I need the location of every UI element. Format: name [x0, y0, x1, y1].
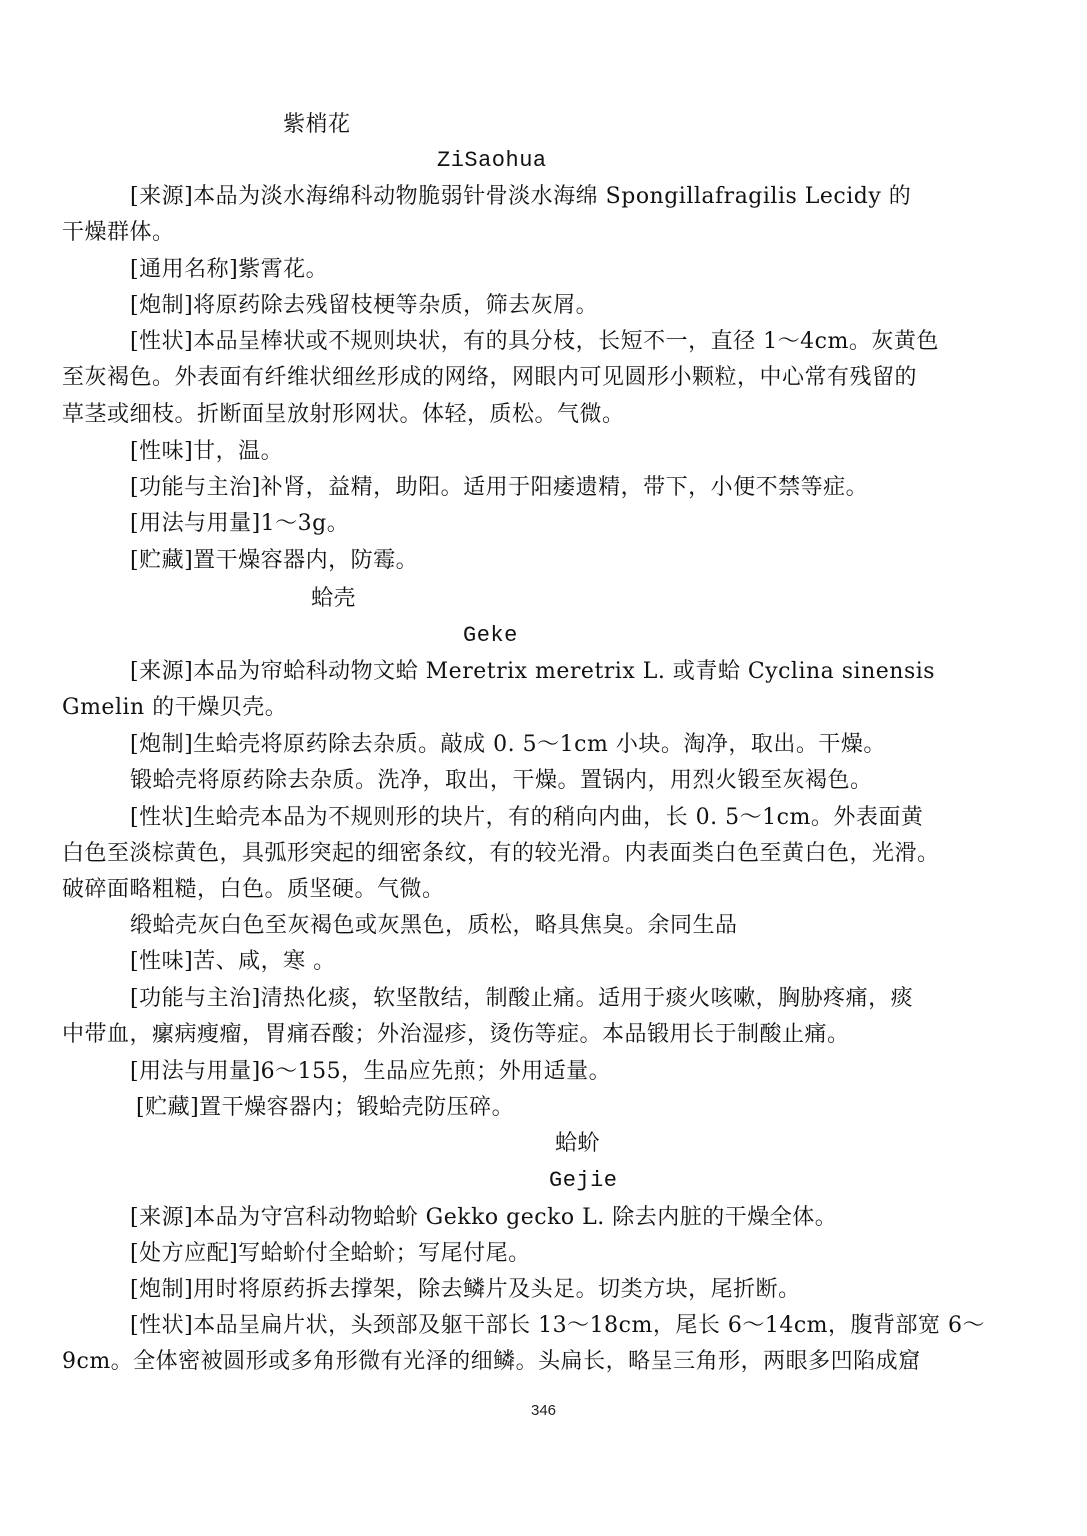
text-line: [通用名称]紫霄花。 — [130, 257, 328, 283]
text-line: [性味]苦、咸，寒 。 — [130, 949, 336, 975]
text-line: [贮藏]置干燥容器内；锻蛤壳防压碎。 — [136, 1095, 514, 1121]
page-number: 346 — [0, 1402, 1087, 1419]
text-line: [来源]本品为守宫科动物蛤蚧 Gekko gecko L. 除去内脏的干燥全体。 — [130, 1205, 837, 1231]
text-line: 中带血，瘰病瘦瘤，胃痛吞酸；外治湿疹，烫伤等症。本品锻用长于制酸止痛。 — [62, 1022, 850, 1048]
text-line: Gmelin 的干燥贝壳。 — [62, 695, 287, 721]
text-line: [来源]本品为淡水海绵科动物脆弱针骨淡水海绵 Spongillafragilis… — [130, 184, 911, 210]
text-line: [性状]生蛤壳本品为不规则形的块片，有的稍向内曲，长 0. 5～1cm。外表面黄 — [130, 805, 923, 831]
text-line: [性状]本品呈棒状或不规则块状，有的具分枝，长短不一，直径 1～4cm。灰黄色 — [130, 329, 939, 355]
text-line: 干燥群体。 — [62, 220, 175, 246]
entry-pinyin-gejie: Gejie — [549, 1168, 618, 1194]
text-line: 破碎面略粗糙，白色。质坚硬。气微。 — [62, 877, 445, 903]
text-line: [炮制]生蛤壳将原药除去杂质。敲成 0. 5～1cm 小块。淘净，取出。干燥。 — [130, 732, 886, 758]
text-line: 锻蛤壳将原药除去杂质。洗净，取出，干燥。置锅内，用烈火锻至灰褐色。 — [130, 768, 873, 794]
text-line: [用法与用量]6～155，生品应先煎；外用适量。 — [130, 1059, 611, 1085]
text-line: [性味]甘，温。 — [130, 439, 283, 465]
text-line: [炮制]用时将原药拆去撑架，除去鳞片及头足。切类方块，尾折断。 — [130, 1277, 801, 1303]
text-line: [功能与主治]补肾，益精，助阳。适用于阳痿遗精，带下，小便不禁等症。 — [130, 475, 868, 501]
text-line: 草茎或细枝。折断面呈放射形网状。体轻，质松。气微。 — [62, 402, 625, 428]
text-line: 白色至淡棕黄色，具弧形突起的细密条纹，有的较光滑。内表面类白色至黄白色，光滑。 — [62, 841, 940, 867]
text-line: 缎蛤壳灰白色至灰褐色或灰黑色，质松，略具焦臭。余同生品 — [130, 913, 738, 939]
text-line: 至灰褐色。外表面有纤维状细丝形成的网络，网眼内可见圆形小颗粒，中心常有残留的 — [62, 365, 917, 391]
text-line: [处方应配]写蛤蚧付全蛤蚧；写尾付尾。 — [130, 1241, 531, 1267]
text-line: [用法与用量]1～3g。 — [130, 511, 349, 537]
entry-title-geke: 蛤壳 — [311, 586, 356, 612]
text-line: [功能与主治]清热化痰，软坚散结，制酸止痛。适用于痰火咳嗽，胸胁疼痛，痰 — [130, 986, 913, 1012]
entry-title-zisaohua: 紫梢花 — [283, 112, 351, 138]
text-line: 9cm。全体密被圆形或多角形微有光泽的细鳞。头扁长，略呈三角形，两眼多凹陷成窟 — [62, 1349, 921, 1375]
text-line: [炮制]将原药除去残留枝梗等杂质，筛去灰屑。 — [130, 293, 598, 319]
text-line: [来源]本品为帘蛤科动物文蛤 Meretrix meretrix L. 或青蛤 … — [130, 659, 935, 685]
text-line: [性状]本品呈扁片状，头颈部及躯干部长 13～18cm，尾长 6～14cm，腹背… — [130, 1313, 985, 1339]
entry-pinyin-geke: Geke — [463, 623, 518, 649]
text-line: [贮藏]置干燥容器内，防霉。 — [130, 548, 418, 574]
entry-title-gejie: 蛤蚧 — [555, 1131, 600, 1157]
entry-pinyin-zisaohua: ZiSaohua — [437, 148, 547, 174]
